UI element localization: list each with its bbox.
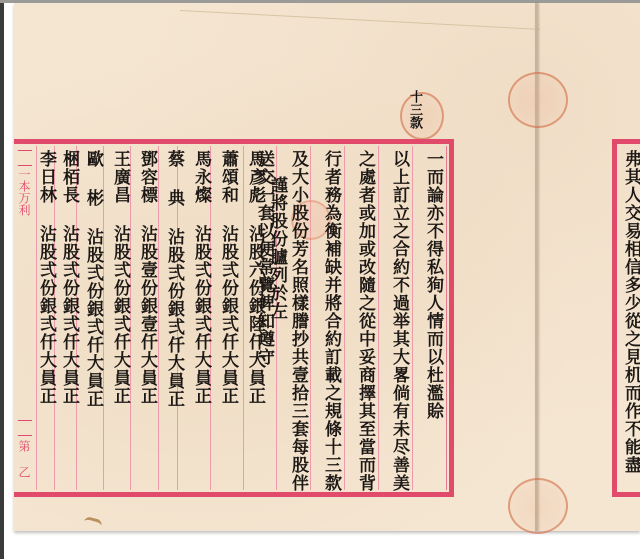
column-rule <box>412 146 413 490</box>
fold-seal-bottom-icon <box>508 478 568 534</box>
text-column-4: 行者務為衡補缺并將合約訂載之規條十三歀 <box>318 150 344 492</box>
shareholder-entry-3: 馬永燦 沾股弍份銀弍仟大員正 <box>188 150 214 405</box>
shareholder-entry-2: 蕭頌和 沾股弍份銀弍仟大員正 <box>215 150 241 405</box>
margin-fishtail-bottom <box>18 420 32 436</box>
margin-title: 一本万利 <box>17 168 31 216</box>
column-rule <box>344 146 345 490</box>
clause-seal-label: 十三歀 <box>407 90 421 129</box>
shareholder-entry-4: 蔡 典 沾股弍份銀弍仟大員正 <box>161 150 187 408</box>
shareholder-entry-9: 李日林 沾股弍份銀弍仟大員正 <box>33 150 59 405</box>
margin-fishtail-top <box>18 150 32 166</box>
fold-seal-top-icon <box>508 72 568 128</box>
shareholder-entry-7: 歐 彬 沾股弍份銀弍仟大員正 <box>80 150 106 408</box>
text-column-1: 一而論亦不得私狥人情而以杜濫賒 <box>420 150 446 420</box>
scan-edge-left <box>0 0 4 559</box>
text-column-2: 以上訂立之合約不過举其大畧倘有未尽善美 <box>386 150 412 492</box>
shareholder-entry-6: 王廣昌 沾股弍份銀弍仟大員正 <box>107 150 133 405</box>
column-rule <box>378 146 379 490</box>
scan-edge-top <box>0 0 640 3</box>
next-page-column: 弗其人交易相信多少從之見机而作不能盡 <box>618 150 640 474</box>
text-column-3: 之處者或加或改隨之從中妥商擇其至當而背 <box>352 150 378 492</box>
shareholder-entry-5: 鄧容標 沾股壹份銀壹仟大員正 <box>134 150 160 405</box>
shareholder-entry-1: 馬彥彪 沾股六份銀陸仟大員正 <box>242 150 268 405</box>
shareholder-entry-8: 梱栢長 沾股弍份銀弍仟大員正 <box>56 150 82 405</box>
margin-footer: 第 乙 <box>17 440 31 478</box>
